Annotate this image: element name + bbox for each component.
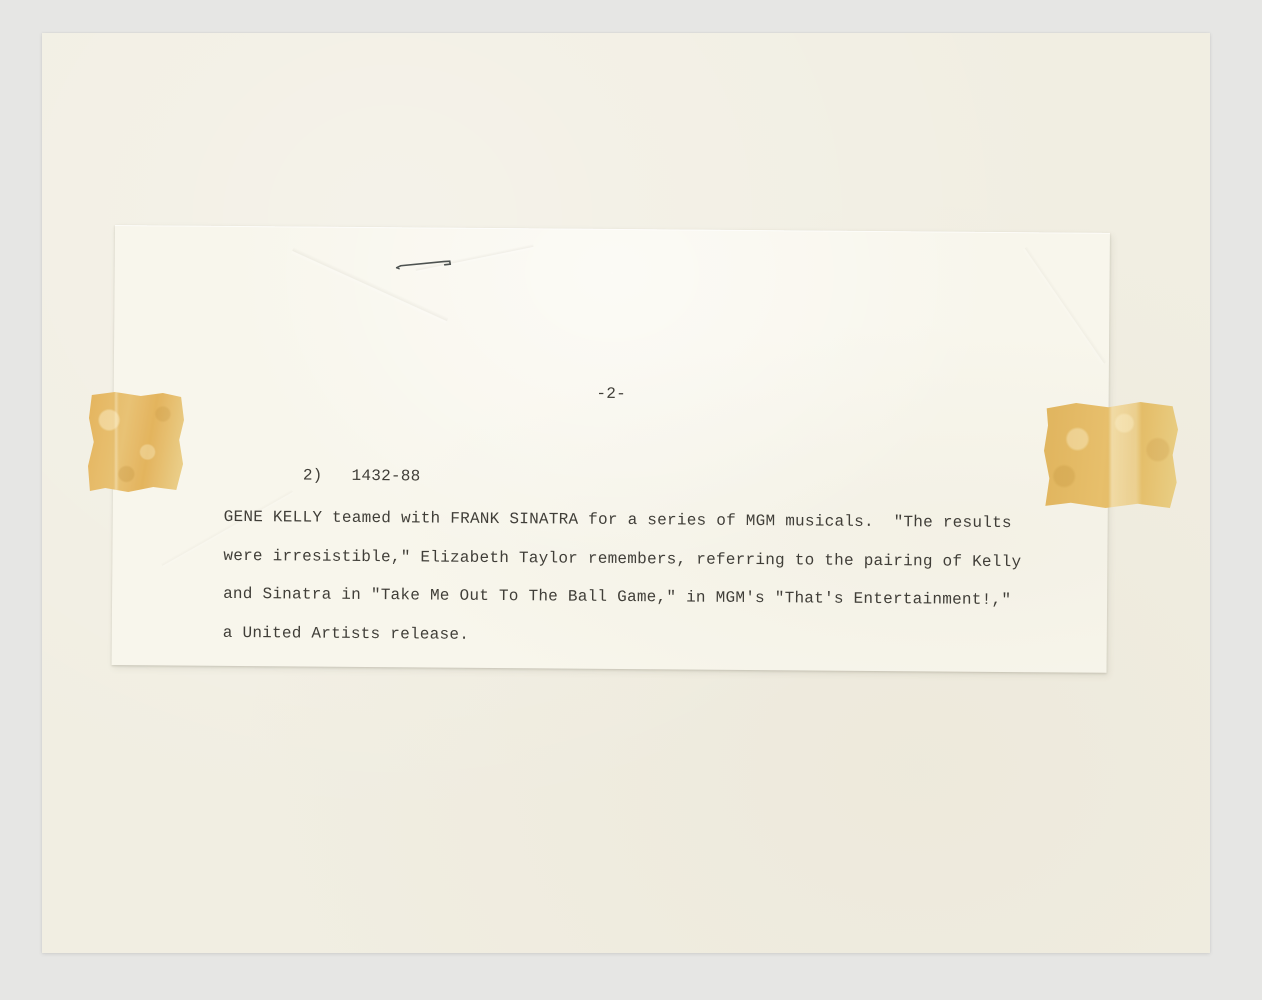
item-line: 2)1432-88 [224, 448, 421, 504]
paragraph-line: a United Artists release. [223, 620, 1021, 665]
typed-note: -2- 2)1432-88 GENE KELLY teamed with FRA… [112, 225, 1110, 673]
tape-left [88, 392, 184, 492]
backing-sheet: -2- 2)1432-88 GENE KELLY teamed with FRA… [42, 33, 1210, 953]
paragraph-line: were irresistible," Elizabeth Taylor rem… [223, 543, 1021, 588]
item-number: 2) [303, 466, 323, 484]
staple-icon [394, 257, 454, 271]
scan-background: -2- 2)1432-88 GENE KELLY teamed with FRA… [0, 0, 1262, 1000]
typed-paragraph: GENE KELLY teamed with FRANK SINATRA for… [223, 505, 1022, 665]
page-number: -2- [114, 381, 1109, 407]
paper-crease [1022, 246, 1107, 365]
tape-right [1044, 402, 1178, 508]
item-code: 1432-88 [351, 467, 420, 486]
paragraph-line: GENE KELLY teamed with FRANK SINATRA for… [224, 505, 1022, 550]
paragraph-line: and Sinatra in "Take Me Out To The Ball … [223, 582, 1021, 627]
